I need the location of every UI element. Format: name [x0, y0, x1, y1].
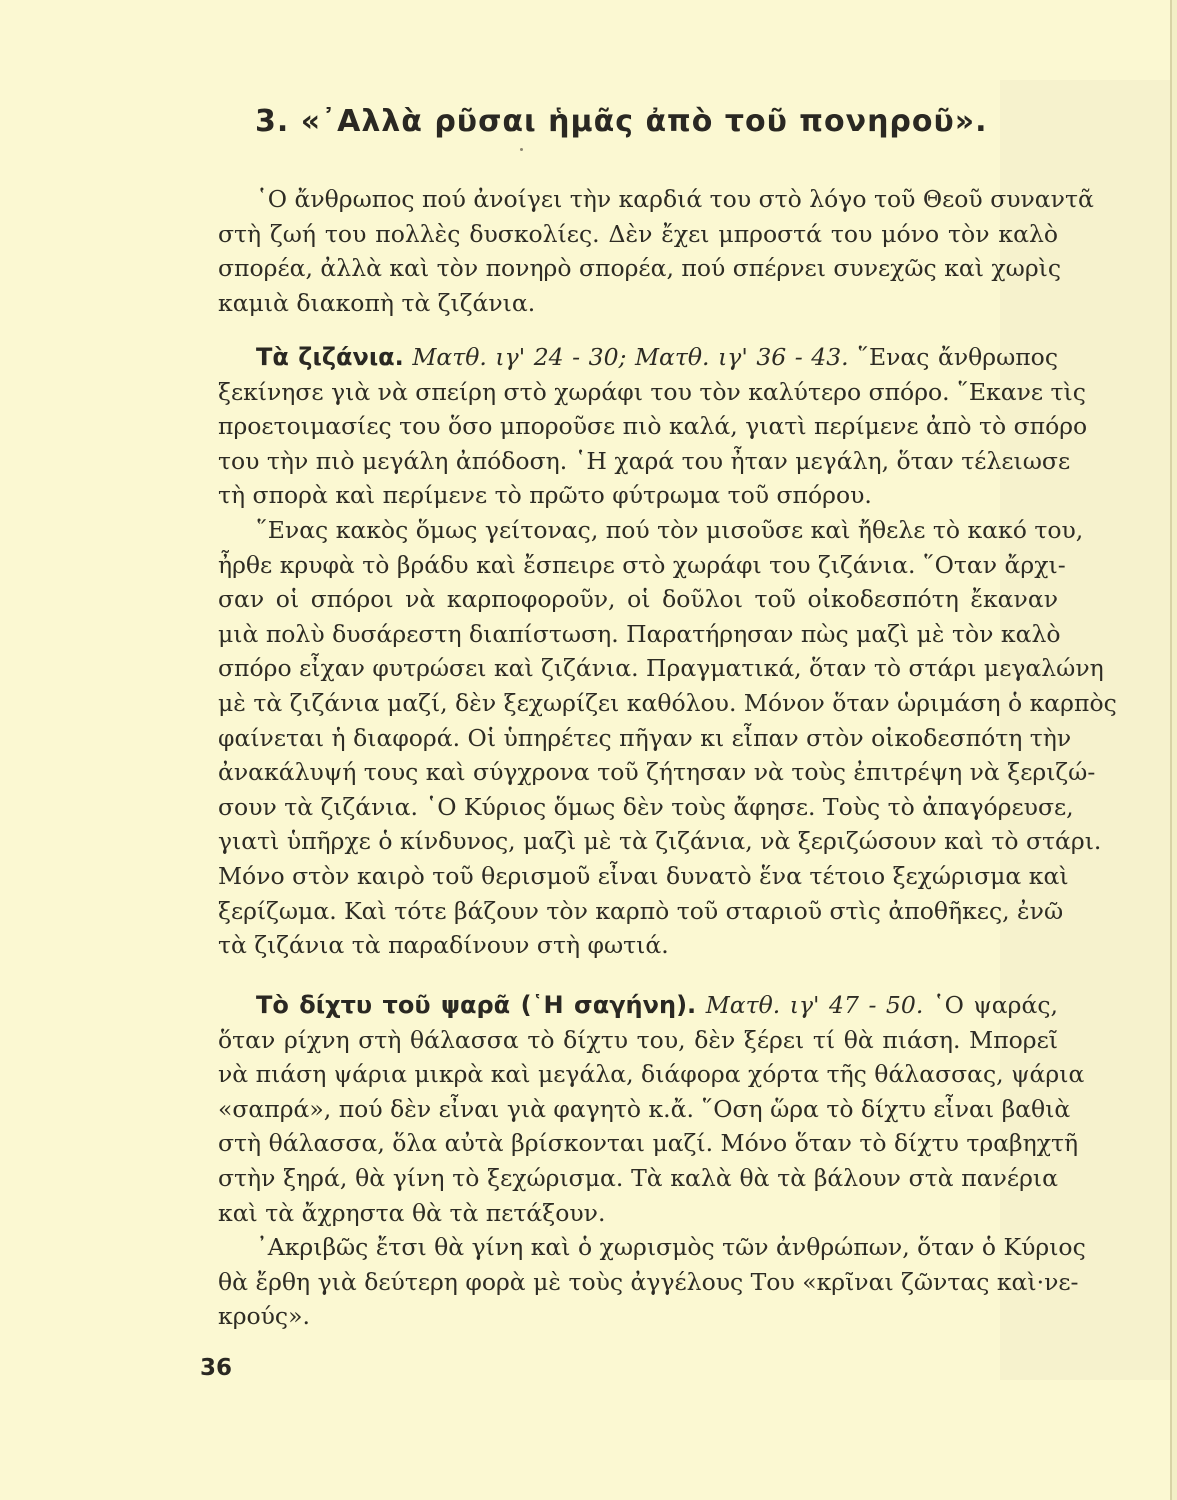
text-line: θὰ ἔρθη γιὰ δεύτερη φορὰ μὲ τοὺς ἀγγέλου… [218, 1265, 1058, 1300]
text-fragment: ῞Ενας ἄνθρωπος [857, 343, 1058, 371]
section-heading-line: Τὰ ζιζάνια. Ματθ. ιγ' 24 - 30; Ματθ. ιγ'… [218, 340, 1058, 375]
text-line: γιατὶ ὑπῆρχε ὁ κίνδυνος, μαζὶ μὲ τὰ ζιζά… [218, 824, 1058, 859]
text-line: καμιὰ διακοπὴ τὰ ζιζάνια. [218, 286, 1058, 321]
text-line: «σαπρά», πού δὲν εἶναι γιὰ φαγητὸ κ.ἄ. ῞… [218, 1092, 1058, 1127]
text-line: μὲ τὰ ζιζάνια μαζί, δὲν ξεχωρίζει καθόλο… [218, 686, 1058, 721]
section-heading-net: Τὸ δίχτυ τοῦ ψαρᾶ (῾Η σαγήνη). [256, 991, 696, 1019]
text-line: σπορέα, ἀλλὰ καὶ τὸν πονηρὸ σπορέα, πού … [218, 251, 1058, 286]
text-line: ῞Ενας κακὸς ὅμως γείτονας, πού τὸν μισοῦ… [218, 513, 1058, 548]
text-line: προετοιμασίες του ὅσο μποροῦσε πιὸ καλά,… [218, 409, 1058, 444]
page-edge [1172, 0, 1177, 1500]
scripture-reference: Ματθ. ιγ' 47 - 50. [706, 991, 924, 1019]
chapter-title: 3. «᾿Αλλὰ ρῦσαι ἡμᾶς ἀπὸ τοῦ πονηροῦ». [255, 104, 988, 139]
text-line: Μόνο στὸν καιρὸ τοῦ θερισμοῦ εἶναι δυνατ… [218, 859, 1058, 894]
text-line: καὶ τὰ ἄχρηστα θὰ τὰ πετάξουν. [218, 1196, 1058, 1231]
text-line: σπόρο εἶχαν φυτρώσει καὶ ζιζάνια. Πραγμα… [218, 651, 1058, 686]
text-line: τὰ ζιζάνια τὰ παραδίνουν στὴ φωτιά. [218, 928, 1058, 963]
text-line: σουν τὰ ζιζάνια. ῾Ο Κύριος ὅμως δὲν τοὺς… [218, 790, 1058, 825]
section-heading-line: Τὸ δίχτυ τοῦ ψαρᾶ (῾Η σαγήνη). Ματθ. ιγ'… [218, 988, 1058, 1023]
text-line: νὰ πιάση ψάρια μικρὰ καὶ μεγάλα, διάφορα… [218, 1057, 1058, 1092]
section-net-paragraph-2: ᾿Ακριβῶς ἔτσι θὰ γίνη καὶ ὁ χωρισμὸς τῶν… [218, 1230, 1058, 1334]
text-line: σαν οἱ σπόροι νὰ καρποφοροῦν, οἱ δοῦλοι … [218, 582, 1058, 617]
text-line: στὴν ξηρά, θὰ γίνη τὸ ξεχώρισμα. Τὰ καλὰ… [218, 1161, 1058, 1196]
page-number: 36 [200, 1355, 232, 1381]
text-line: φαίνεται ἡ διαφορά. Οἱ ὑπηρέτες πῆγαν κι… [218, 721, 1058, 756]
text-line: στὴ ζωή του πολλὲς δυσκολίες. Δὲν ἔχει μ… [218, 217, 1058, 252]
text-line: ὅταν ρίχνη στὴ θάλασσα τὸ δίχτυ του, δὲν… [218, 1023, 1058, 1058]
text-line: ἀνακάλυψή τους καὶ σύγχρονα τοῦ ζήτησαν … [218, 755, 1058, 790]
section-tares-paragraph-1: Τὰ ζιζάνια. Ματθ. ιγ' 24 - 30; Ματθ. ιγ'… [218, 340, 1058, 513]
section-heading-tares: Τὰ ζιζάνια. [256, 343, 404, 371]
scan-speck [520, 148, 523, 151]
text-line: του τὴν πιὸ μεγάλη ἀπόδοση. ῾Η χαρά του … [218, 444, 1058, 479]
text-line: ἦρθε κρυφὰ τὸ βράδυ καὶ ἔσπειρε στὸ χωρά… [218, 548, 1058, 583]
text-line: κρούς». [218, 1299, 1058, 1334]
text-line: ῾Ο ἄνθρωπος πού ἀνοίγει τὴν καρδιά του σ… [218, 182, 1058, 217]
text-line: στὴ θάλασσα, ὅλα αὐτὰ βρίσκονται μαζί. Μ… [218, 1126, 1058, 1161]
text-line: ξερίζωμα. Καὶ τότε βάζουν τὸν καρπὸ τοῦ … [218, 894, 1058, 929]
section-net-paragraph-1: Τὸ δίχτυ τοῦ ψαρᾶ (῾Η σαγήνη). Ματθ. ιγ'… [218, 988, 1058, 1230]
text-line: ξεκίνησε γιὰ νὰ σπείρη στὸ χωράφι του τὸ… [218, 375, 1058, 410]
text-line: τὴ σπορὰ καὶ περίμενε τὸ πρῶτο φύτρωμα τ… [218, 478, 1058, 513]
scripture-reference: Ματθ. ιγ' 24 - 30; Ματθ. ιγ' 36 - 43. [412, 343, 848, 371]
text-fragment: ῾Ο ψαράς, [933, 991, 1058, 1019]
intro-paragraph: ῾Ο ἄνθρωπος πού ἀνοίγει τὴν καρδιά του σ… [218, 182, 1058, 320]
text-line: ᾿Ακριβῶς ἔτσι θὰ γίνη καὶ ὁ χωρισμὸς τῶν… [218, 1230, 1058, 1265]
section-tares-paragraph-2: ῞Ενας κακὸς ὅμως γείτονας, πού τὸν μισοῦ… [218, 513, 1058, 963]
text-line: μιὰ πολὺ δυσάρεστη διαπίστωση. Παρατήρησ… [218, 617, 1058, 652]
